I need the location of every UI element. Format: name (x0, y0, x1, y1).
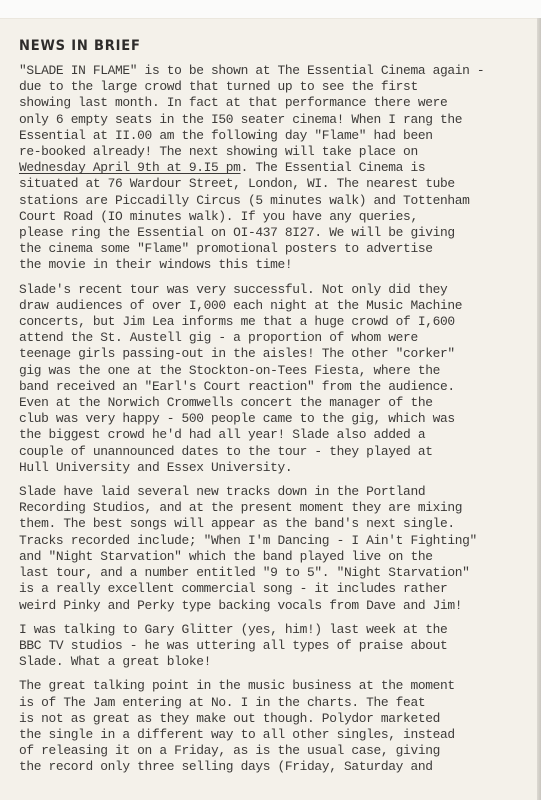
text-line: "SLADE IN FLAME" is to be shown at The E… (19, 63, 509, 79)
text-line: Slade. What a great bloke! (19, 654, 509, 670)
text-line: showing last month. In fact at that perf… (19, 95, 509, 111)
text-line: band received an "Earl's Court reaction"… (19, 379, 509, 395)
text-line: club was very happy - 500 people came to… (19, 411, 509, 427)
text-line: teenage girls passing-out in the aisles!… (19, 346, 509, 362)
text-line: gig was the one at the Stockton-on-Tees … (19, 363, 509, 379)
text-line: The great talking point in the music bus… (19, 678, 509, 694)
page-spine-edge (537, 18, 541, 800)
article-paragraph: I was talking to Gary Glitter (yes, him!… (19, 622, 509, 671)
text-line: Court Road (IO minutes walk). If you hav… (19, 209, 509, 225)
text-line: the movie in their windows this time! (19, 257, 509, 273)
text-line: due to the large crowd that turned up to… (19, 79, 509, 95)
text-line: re-booked already! The next showing will… (19, 144, 509, 160)
text-line: BBC TV studios - he was uttering all typ… (19, 638, 509, 654)
text-line: weird Pinky and Perky type backing vocal… (19, 598, 509, 614)
text-line: last tour, and a number entitled "9 to 5… (19, 565, 509, 581)
text-line: Even at the Norwich Cromwells concert th… (19, 395, 509, 411)
article-body: "SLADE IN FLAME" is to be shown at The E… (19, 63, 509, 776)
text-line: Hull University and Essex University. (19, 460, 509, 476)
article: NEWS IN BRIEF "SLADE IN FLAME" is to be … (19, 38, 509, 784)
text-line: is not as great as they make out though.… (19, 711, 509, 727)
text-line: is of The Jam entering at No. I in the c… (19, 695, 509, 711)
text-line: Tracks recorded include; "When I'm Danci… (19, 533, 509, 549)
text-line: stations are Piccadilly Circus (5 minute… (19, 193, 509, 209)
article-paragraph: Slade have laid several new tracks down … (19, 484, 509, 614)
text-line: Wednesday April 9th at 9.I5 pm. The Esse… (19, 160, 509, 176)
text-line: couple of unannounced dates to the tour … (19, 444, 509, 460)
text-line: Slade's recent tour was very successful.… (19, 282, 509, 298)
text-line: please ring the Essential on OI-437 8I27… (19, 225, 509, 241)
text-line: and "Night Starvation" which the band pl… (19, 549, 509, 565)
text-line: only 6 empty seats in the I50 seater cin… (19, 112, 509, 128)
text-line: Slade have laid several new tracks down … (19, 484, 509, 500)
text-line: the single in a different way to all oth… (19, 727, 509, 743)
text-line: situated at 76 Wardour Street, London, W… (19, 176, 509, 192)
article-heading: NEWS IN BRIEF (19, 38, 460, 54)
text-line: I was talking to Gary Glitter (yes, him!… (19, 622, 509, 638)
underlined-showing-date: Wednesday April 9th at 9.I5 pm (19, 160, 241, 175)
article-paragraph: "SLADE IN FLAME" is to be shown at The E… (19, 63, 509, 274)
article-paragraph: Slade's recent tour was very successful.… (19, 282, 509, 476)
article-paragraph: The great talking point in the music bus… (19, 678, 509, 775)
text-line: attend the St. Austell gig - a proportio… (19, 330, 509, 346)
text-line: them. The best songs will appear as the … (19, 516, 509, 532)
text-line: the biggest crowd he'd had all year! Sla… (19, 427, 509, 443)
text-line: is a really excellent commercial song - … (19, 581, 509, 597)
text-line: the record only three selling days (Frid… (19, 759, 509, 775)
text-line: the cinema some "Flame" promotional post… (19, 241, 509, 257)
text-line: concerts, but Jim Lea informs me that a … (19, 314, 509, 330)
text-line: Essential at II.00 am the following day … (19, 128, 509, 144)
text-line: of releasing it on a Friday, as is the u… (19, 743, 509, 759)
text-line: draw audiences of over I,000 each night … (19, 298, 509, 314)
text-line: Recording Studios, and at the present mo… (19, 500, 509, 516)
scan-top-margin (0, 0, 541, 18)
